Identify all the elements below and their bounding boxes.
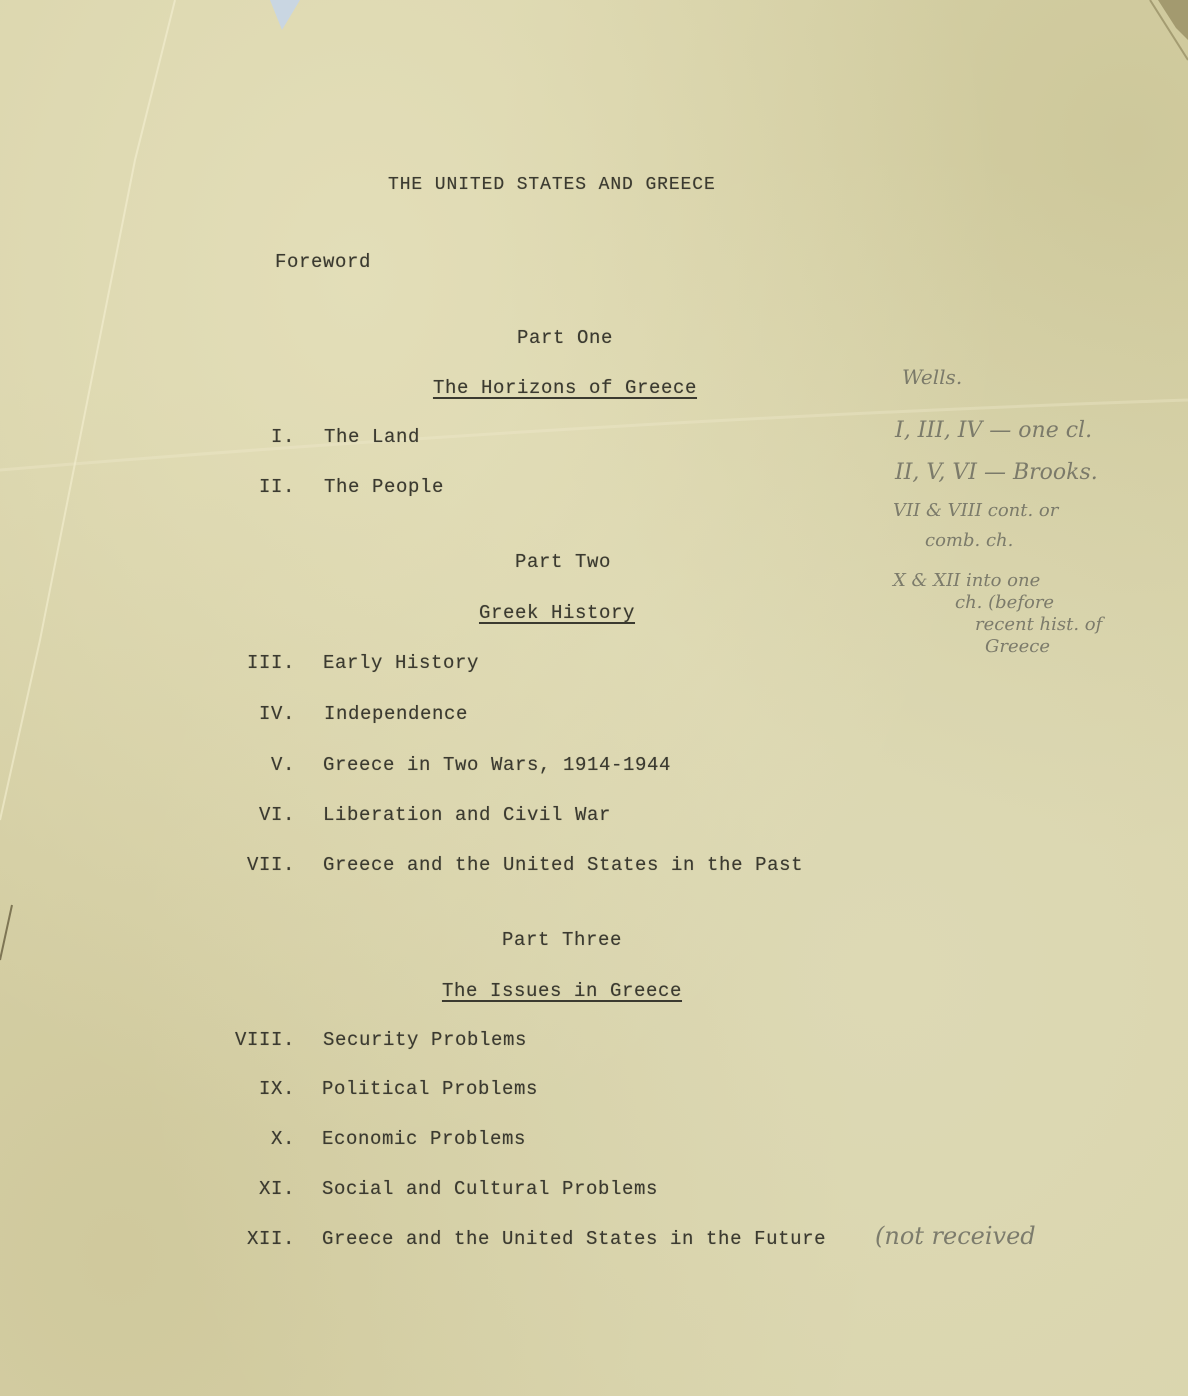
chapter-title: Economic Problems [322,1128,526,1150]
chapter-title: Greece and the United States in the Past [323,854,803,876]
chapter-title: Greece in Two Wars, 1914-1944 [323,754,671,776]
note-line: II, V, VI — Brooks. [895,460,1098,485]
chapter-title: Independence [324,703,468,725]
chapter-numeral: X. [185,1128,295,1150]
chapter-title: Greece and the United States in the Futu… [322,1228,826,1250]
chapter-numeral: II. [185,476,295,498]
chapter-numeral: VIII. [185,1029,295,1051]
note-line: X & XII into one [893,570,1040,591]
part-two-heading: Greek History [357,602,757,624]
not-received-note: (not received [875,1222,1036,1250]
note-line: I, III, IV — one cl. [895,418,1092,443]
chapter-numeral: VI. [185,804,295,826]
chapter-numeral: III. [185,652,295,674]
chapter-numeral: VII. [185,854,295,876]
document-title: THE UNITED STATES AND GREECE [388,175,716,195]
folded-edge [1158,0,1188,40]
chapter-title: Social and Cultural Problems [322,1178,658,1200]
chapter-numeral: XI. [185,1178,295,1200]
chapter-numeral: IV. [185,703,295,725]
part-three-heading: The Issues in Greece [362,980,762,1002]
chapter-title: Political Problems [322,1078,538,1100]
part-one-heading: The Horizons of Greece [365,377,765,399]
chapter-title: Early History [323,652,479,674]
chapter-numeral: XII. [185,1228,295,1250]
note-line: Greece [985,636,1050,657]
note-line: recent hist. of [975,614,1102,635]
torn-corner [270,0,300,30]
chapter-title: Security Problems [323,1029,527,1051]
typed-page: THE UNITED STATES AND GREECE Foreword Pa… [0,0,1188,1396]
part-one-label: Part One [365,327,765,349]
note-line: comb. ch. [925,530,1013,551]
chapter-numeral: V. [185,754,295,776]
note-line: Wells. [902,365,962,389]
chapter-title: The People [324,476,444,498]
note-line: ch. (before [955,592,1054,613]
part-three-label: Part Three [362,929,762,951]
part-two-label: Part Two [363,551,763,573]
chapter-numeral: IX. [185,1078,295,1100]
foreword: Foreword [275,251,371,273]
chapter-numeral: I. [185,426,295,448]
chapter-title: The Land [324,426,420,448]
chapter-title: Liberation and Civil War [323,804,611,826]
note-line: VII & VIII cont. or [893,500,1058,521]
